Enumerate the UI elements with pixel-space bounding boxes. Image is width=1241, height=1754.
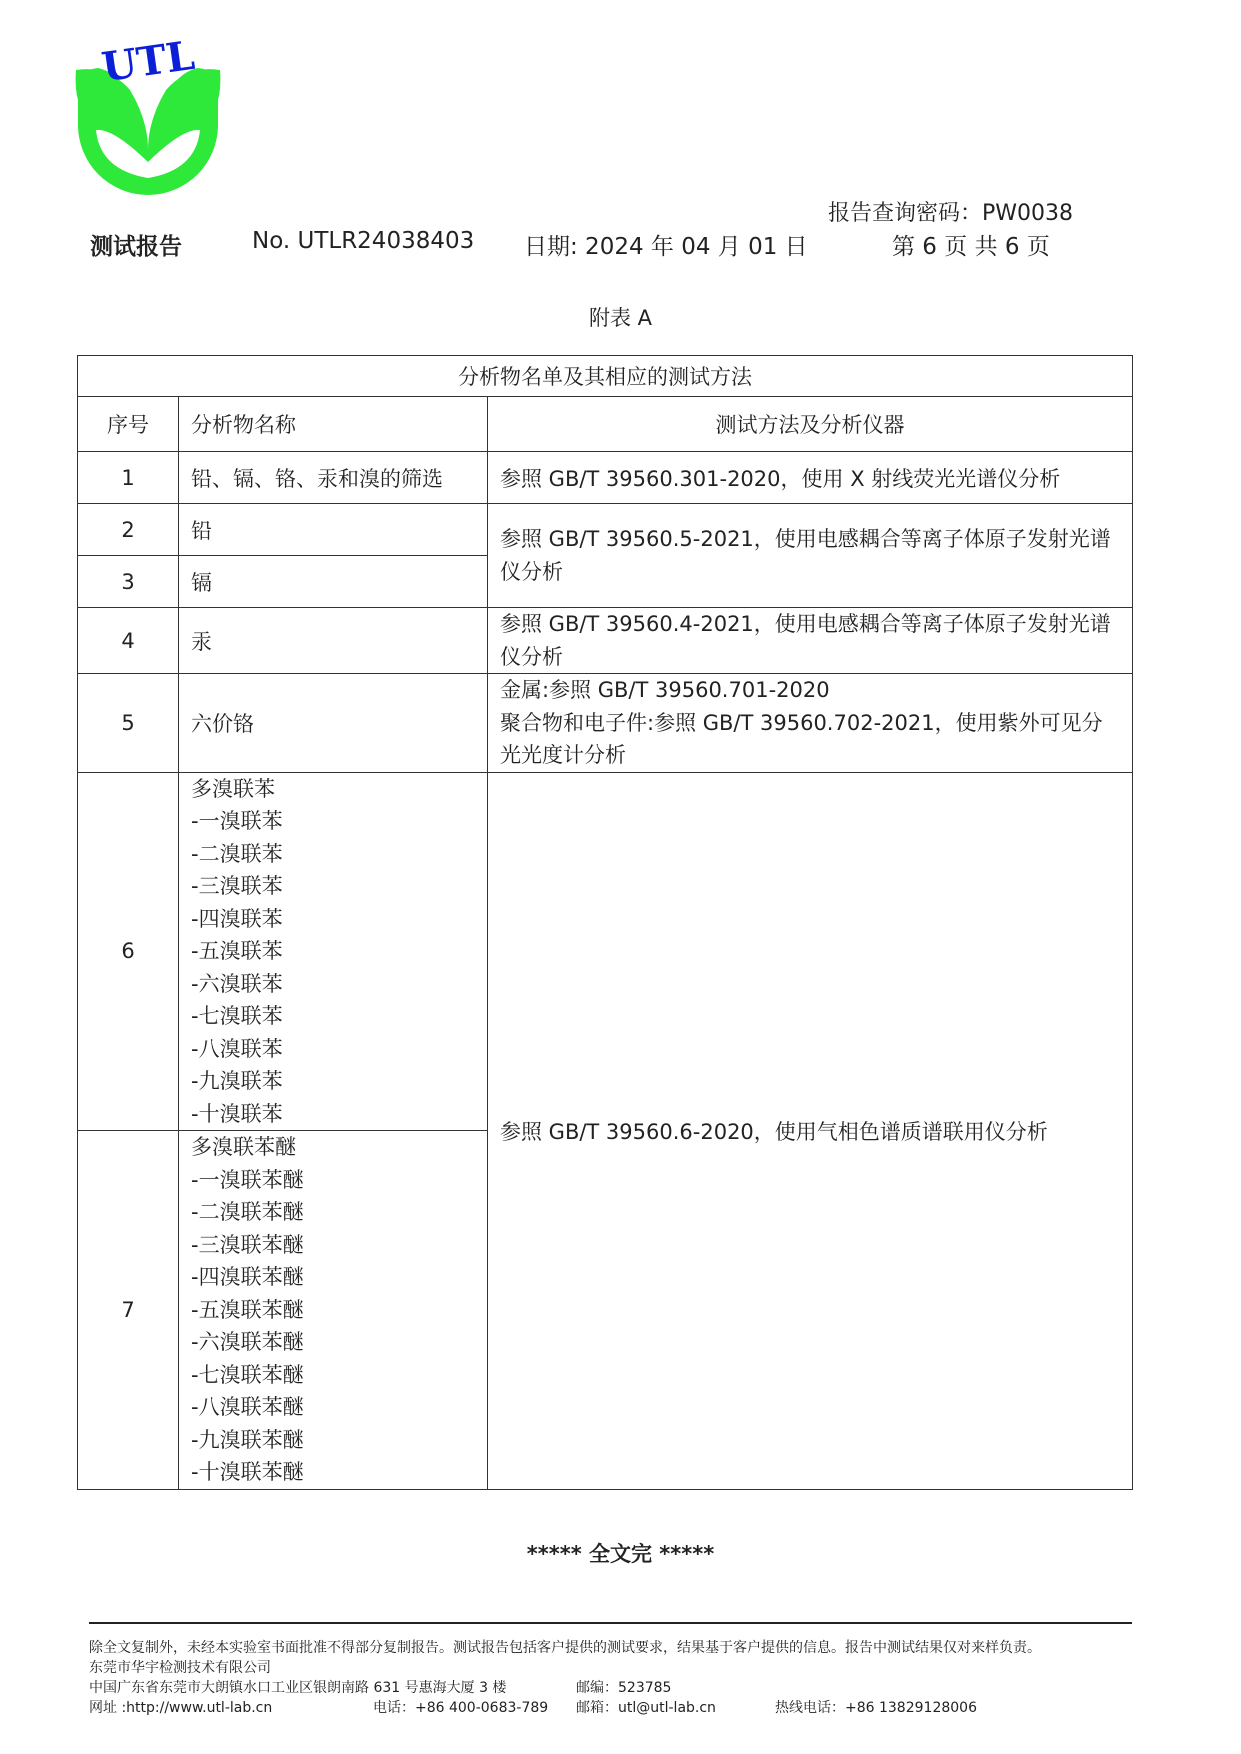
report-number: No. UTLR24038403 <box>252 228 474 254</box>
table-row: 2 铅 参照 GB/T 39560.5-2021，使用电感耦合等离子体原子发射光… <box>78 504 1133 556</box>
analyte-line: -一溴联苯醚 <box>191 1164 475 1197</box>
row-method: 参照 GB/T 39560.5-2021，使用电感耦合等离子体原子发射光谱仪分析 <box>488 504 1133 608</box>
analyte-line: -六溴联苯醚 <box>191 1326 475 1359</box>
analyte-line: -八溴联苯 <box>191 1033 475 1066</box>
row-no: 2 <box>78 504 179 556</box>
appendix-title: 附表 A <box>0 302 1241 332</box>
footer-address: 中国广东省东莞市大朗镇水口工业区银朗南路 631 号惠海大厦 3 楼 <box>89 1677 506 1697</box>
page-indicator: 第 6 页 共 6 页 <box>892 228 1050 261</box>
row-analyte: 汞 <box>179 608 488 674</box>
table-title: 分析物名单及其相应的测试方法 <box>78 356 1133 397</box>
analyte-line: -五溴联苯醚 <box>191 1294 475 1327</box>
analyte-line: -三溴联苯醚 <box>191 1229 475 1262</box>
analyte-line: 多溴联苯醚 <box>191 1131 475 1164</box>
footer-website[interactable]: 网址 :http://www.utl-lab.cn <box>89 1697 272 1717</box>
column-header-no: 序号 <box>78 397 179 452</box>
row-no: 4 <box>78 608 179 674</box>
row-analyte: 镉 <box>179 556 488 608</box>
report-date: 日期: 2024 年 04 月 01 日 <box>524 228 808 261</box>
analyte-line: -五溴联苯 <box>191 935 475 968</box>
report-query-code: 报告查询密码：PW0038 <box>828 196 1073 227</box>
analyte-method-table: 分析物名单及其相应的测试方法 序号 分析物名称 测试方法及分析仪器 1 铅、镉、… <box>77 355 1133 1490</box>
row-analyte: 多溴联苯 -一溴联苯 -二溴联苯 -三溴联苯 -四溴联苯 -五溴联苯 -六溴联苯… <box>179 772 488 1131</box>
footer-disclaimer: 除全文复制外，未经本实验室书面批准不得部分复制报告。测试报告包括客户提供的测试要… <box>89 1637 1041 1657</box>
row-analyte: 六价铬 <box>179 674 488 773</box>
row-method: 参照 GB/T 39560.6-2020，使用气相色谱质谱联用仪分析 <box>488 772 1133 1489</box>
analyte-line: -九溴联苯 <box>191 1065 475 1098</box>
row-no: 7 <box>78 1131 179 1490</box>
row-analyte: 铅、镉、铬、汞和溴的筛选 <box>179 452 488 504</box>
row-no: 3 <box>78 556 179 608</box>
footer-company: 东莞市华宇检测技术有限公司 <box>89 1657 271 1677</box>
row-method: 参照 GB/T 39560.4-2021，使用电感耦合等离子体原子发射光谱仪分析 <box>488 608 1133 674</box>
footer-email[interactable]: 邮箱：utl@utl-lab.cn <box>576 1697 716 1717</box>
row-analyte: 铅 <box>179 504 488 556</box>
column-header-method: 测试方法及分析仪器 <box>488 397 1133 452</box>
footer-hotline: 热线电话：+86 13829128006 <box>775 1697 977 1717</box>
analyte-line: -四溴联苯 <box>191 903 475 936</box>
analyte-line: -三溴联苯 <box>191 870 475 903</box>
footer-divider <box>89 1622 1132 1624</box>
footer-postcode: 邮编：523785 <box>576 1677 671 1697</box>
analyte-line: 多溴联苯 <box>191 773 475 806</box>
analyte-line: -二溴联苯醚 <box>191 1196 475 1229</box>
row-no: 6 <box>78 772 179 1131</box>
method-line: 聚合物和电子件:参照 GB/T 39560.702-2021，使用紫外可见分光光… <box>500 707 1120 772</box>
analyte-line: -九溴联苯醚 <box>191 1424 475 1457</box>
analyte-line: -八溴联苯醚 <box>191 1391 475 1424</box>
table-row: 1 铅、镉、铬、汞和溴的筛选 参照 GB/T 39560.301-2020，使用… <box>78 452 1133 504</box>
footer-phone: 电话：+86 400-0683-789 <box>373 1697 548 1717</box>
column-header-analyte: 分析物名称 <box>179 397 488 452</box>
table-row: 4 汞 参照 GB/T 39560.4-2021，使用电感耦合等离子体原子发射光… <box>78 608 1133 674</box>
analyte-line: -十溴联苯醚 <box>191 1456 475 1489</box>
analyte-line: -二溴联苯 <box>191 838 475 871</box>
report-title: 测试报告 <box>90 228 182 261</box>
row-method: 参照 GB/T 39560.301-2020，使用 X 射线荧光光谱仪分析 <box>488 452 1133 504</box>
end-of-report-mark: ***** 全文完 ***** <box>0 1538 1241 1568</box>
method-line: 金属:参照 GB/T 39560.701-2020 <box>500 674 1120 707</box>
analyte-line: -一溴联苯 <box>191 805 475 838</box>
row-no: 5 <box>78 674 179 773</box>
row-method: 金属:参照 GB/T 39560.701-2020 聚合物和电子件:参照 GB/… <box>488 674 1133 773</box>
table-row: 6 多溴联苯 -一溴联苯 -二溴联苯 -三溴联苯 -四溴联苯 -五溴联苯 -六溴… <box>78 772 1133 1131</box>
analyte-line: -十溴联苯 <box>191 1098 475 1131</box>
analyte-line: -七溴联苯醚 <box>191 1359 475 1392</box>
analyte-line: -四溴联苯醚 <box>191 1261 475 1294</box>
utl-logo: UTL <box>68 30 228 200</box>
table-row: 5 六价铬 金属:参照 GB/T 39560.701-2020 聚合物和电子件:… <box>78 674 1133 773</box>
row-no: 1 <box>78 452 179 504</box>
analyte-line: -六溴联苯 <box>191 968 475 1001</box>
analyte-line: -七溴联苯 <box>191 1000 475 1033</box>
row-analyte: 多溴联苯醚 -一溴联苯醚 -二溴联苯醚 -三溴联苯醚 -四溴联苯醚 -五溴联苯醚… <box>179 1131 488 1490</box>
